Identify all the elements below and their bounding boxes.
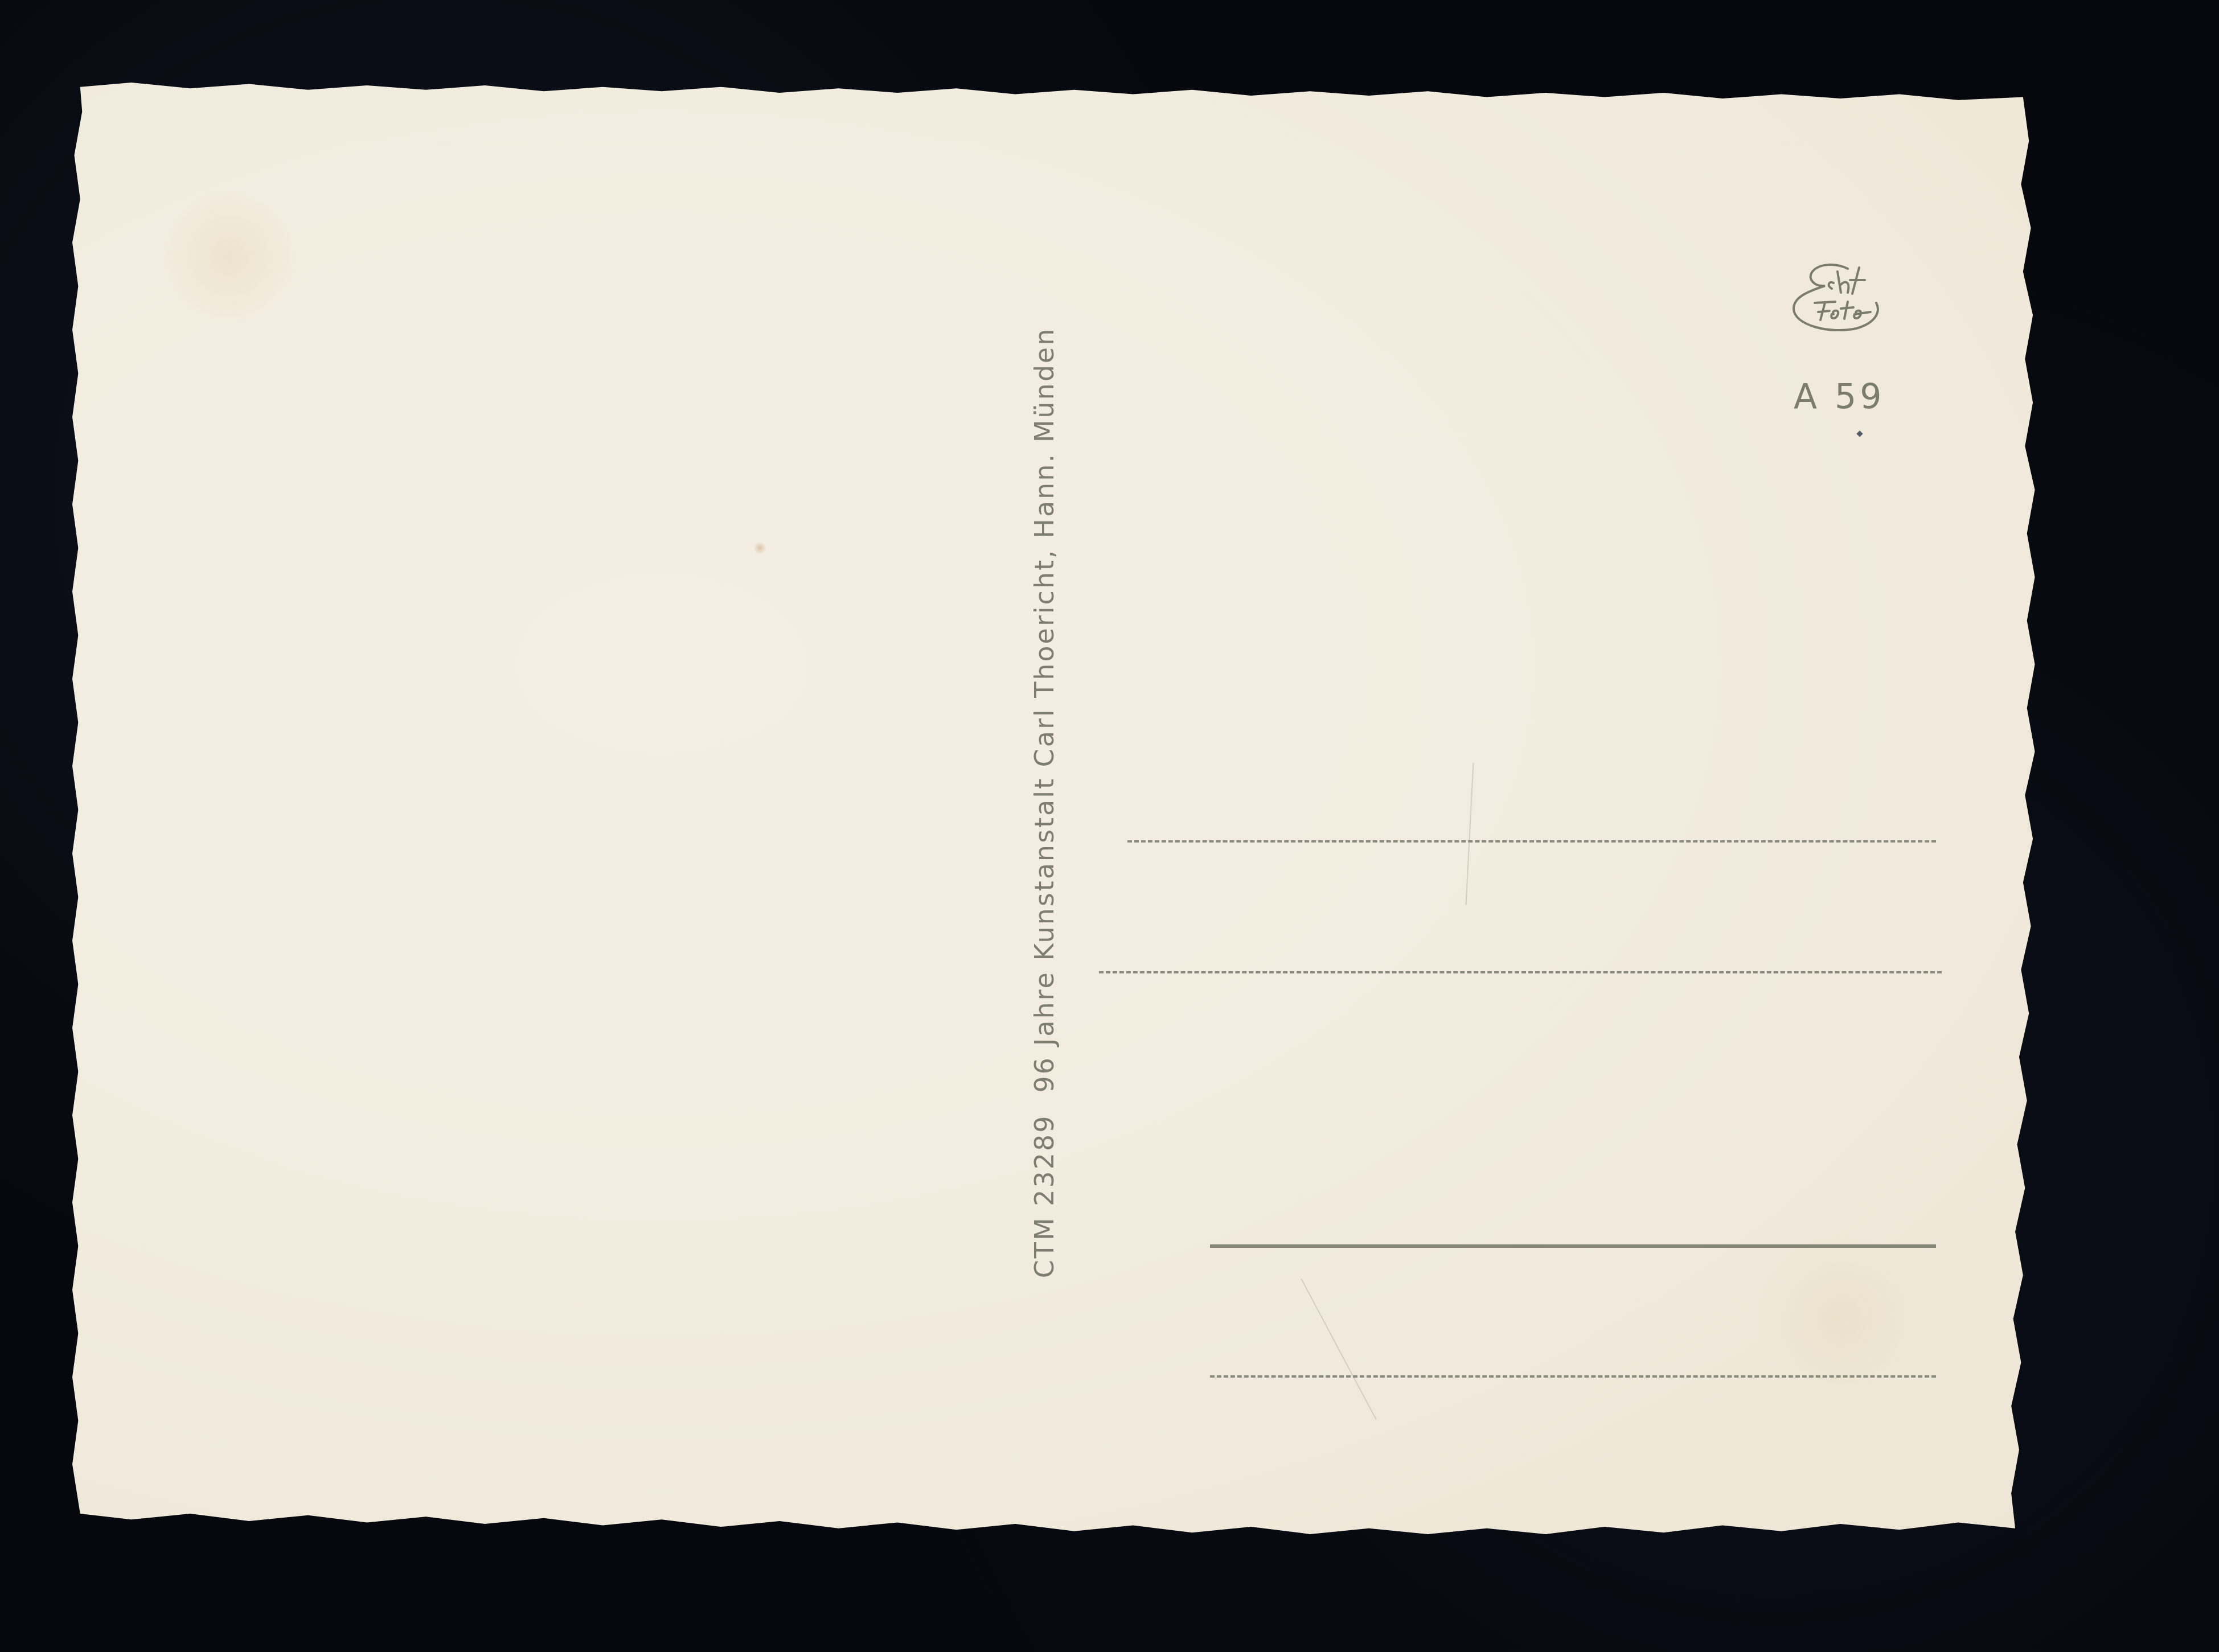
address-line-3	[1210, 1244, 1936, 1248]
address-line-4	[1210, 1375, 1936, 1378]
publisher-imprint: CTM 2328996 Jahre Kunstanstalt Carl Thoe…	[1029, 327, 1060, 1279]
publisher-text: 96 Jahre Kunstanstalt Carl Thoericht, Ha…	[1029, 327, 1060, 1093]
echt-foto-logo-icon	[1779, 257, 1888, 343]
address-line-1	[1127, 840, 1936, 843]
address-line-2	[1099, 971, 1942, 973]
series-code: A 59	[1794, 377, 1885, 417]
catalog-number: CTM 23289	[1029, 1114, 1060, 1278]
